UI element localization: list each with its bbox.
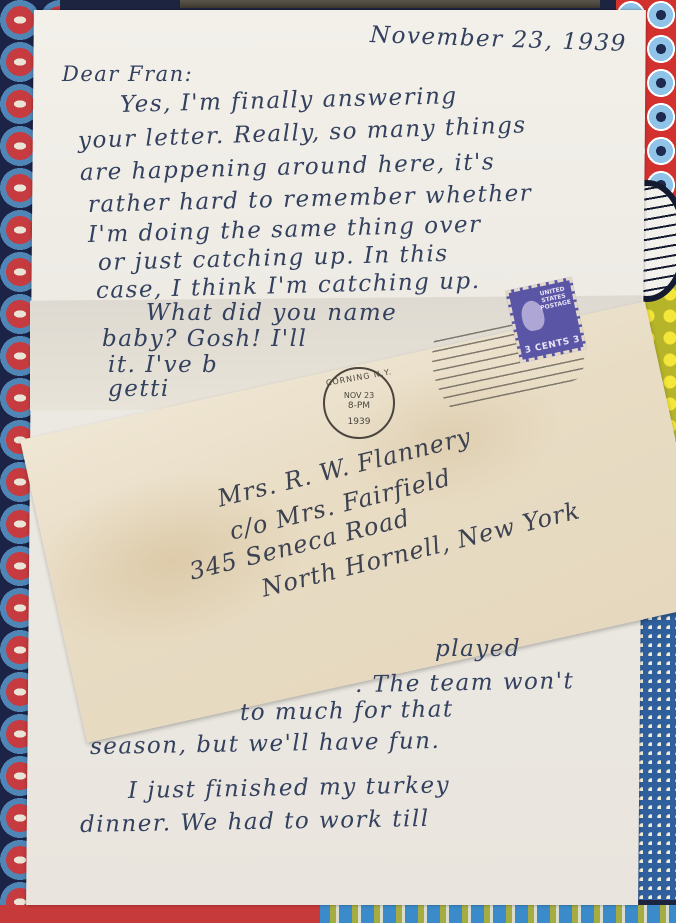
postmark-year: 1939: [325, 417, 393, 427]
letter-line: to much for that: [240, 696, 454, 726]
letter-line: it. I've b: [108, 352, 218, 378]
letter-line: What did you name: [146, 300, 397, 326]
letter-line: . The team won't: [355, 668, 575, 698]
letter-line: getti: [108, 376, 170, 402]
stamp-country-text: UNITED STATES POSTAGE: [537, 285, 571, 312]
letter-line: played: [435, 636, 521, 662]
patterned-background-bottom: [0, 905, 676, 923]
postmark-date: NOV 23: [325, 391, 393, 400]
postmark-time: 8-PM: [325, 401, 393, 411]
postmark: CORNING N.Y. NOV 23 8-PM 1939: [323, 367, 395, 439]
clipboard-clip: [180, 0, 600, 8]
letter-line: baby? Gosh! I'll: [102, 326, 307, 352]
letter-greeting: Dear Fran:: [62, 62, 193, 86]
